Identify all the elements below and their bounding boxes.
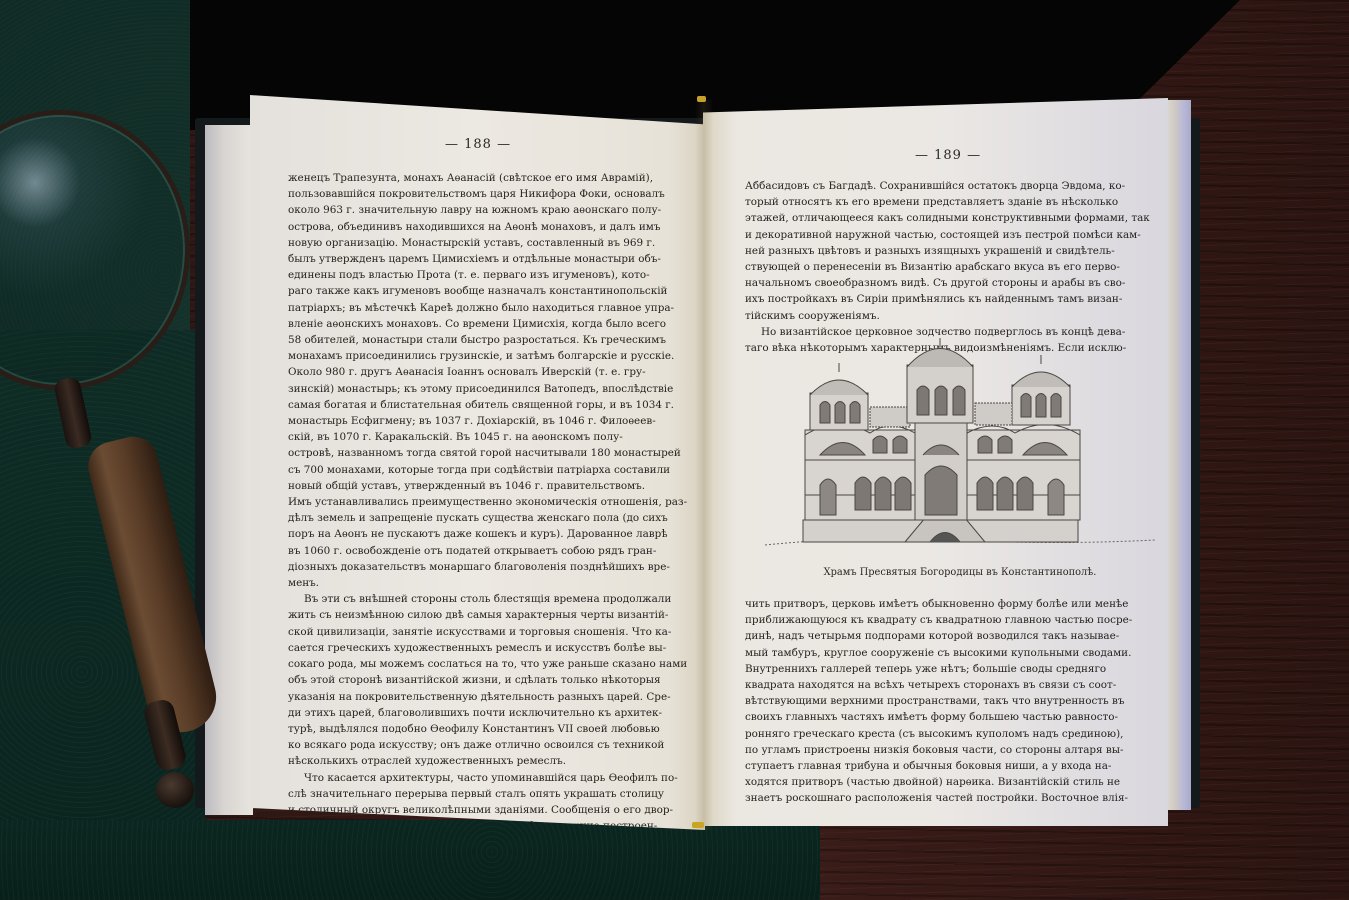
right-page-block-edges <box>1165 100 1191 810</box>
text-line: дѣлъ земель и запрещеніе пускать существ… <box>288 510 688 526</box>
figure-caption: Храмъ Пресвятыя Богородицы въ Константин… <box>770 567 1150 578</box>
text-line: ходятся притворъ (частью двойной) нарѳик… <box>745 774 1150 790</box>
text-line: былъ утвержденъ царемъ Цимисхіемъ и отдѣ… <box>288 251 688 267</box>
text-line: Внутреннихъ галлерей теперь уже нѣтъ; бо… <box>745 661 1150 677</box>
right-page-text-bottom: чить притворъ, церковь имѣетъ обыкновенн… <box>745 596 1150 807</box>
text-line: единены подъ властью Прота (т. е. перваг… <box>288 267 688 283</box>
text-line: Имъ устанавливались преимущественно экон… <box>288 494 688 510</box>
text-line: зинскій) монастырь; къ этому присоединил… <box>288 381 688 397</box>
church-engraving-illustration <box>765 335 1155 555</box>
text-line: динѣ, надъ четырьмя подпорами которой во… <box>745 628 1150 644</box>
text-line: монахамъ присоединились грузинскіе, и за… <box>288 348 688 364</box>
text-line: женецъ Трапезунта, монахъ Аѳанасій (свѣт… <box>288 170 688 186</box>
text-line: острова, объединивъ находившихся на Аѳон… <box>288 219 688 235</box>
text-line: начальномъ своеобразномъ видѣ. Съ другой… <box>745 275 1150 291</box>
text-line: новый общій уставъ, утвержденный въ 1046… <box>288 478 688 494</box>
text-line: вѣтствующими верхними пространствами, та… <box>745 693 1150 709</box>
text-line: по угламъ пристроены низкія боковыя част… <box>745 742 1150 758</box>
text-line: Что касается архитектуры, часто упоминав… <box>288 770 688 786</box>
text-line: указанія на покровительственную дѣятельн… <box>288 689 688 705</box>
text-line: Около 980 г. другъ Аѳанасія Іоаннъ основ… <box>288 364 688 380</box>
text-line: чить притворъ, церковь имѣетъ обыкновенн… <box>745 596 1150 612</box>
text-line: сается греческихъ художественныхъ ремесл… <box>288 640 688 656</box>
text-line: ихъ постройкахъ въ Сиріи примѣнялись къ … <box>745 291 1150 307</box>
text-line: квадрата находятся на всѣхъ четырехъ сто… <box>745 677 1150 693</box>
magnifying-glass-handle-knob <box>156 772 194 808</box>
text-line: діозныхъ доказательствъ монаршаго благов… <box>288 559 688 575</box>
text-line: Аббасидовъ съ Багдадѣ. Сохранившійся ост… <box>745 178 1150 194</box>
text-line: монастырь Есфигмену; въ 1037 г. Дохіарск… <box>288 413 688 429</box>
text-line: турѣ, выдѣлялся подобно Ѳеофилу Констант… <box>288 721 688 737</box>
left-page-text: женецъ Трапезунта, монахъ Аѳанасій (свѣт… <box>288 170 688 883</box>
text-line: ронняго греческаго креста (съ высокимъ к… <box>745 726 1150 742</box>
text-line: островѣ, названномъ тогда святой горой н… <box>288 445 688 461</box>
text-line: жить съ неизмѣнною силою двѣ самыя харак… <box>288 607 688 623</box>
text-line: мый тамбуръ, круглое сооруженіе съ высок… <box>745 645 1150 661</box>
text-line: знаетъ роскошнаго расположенія частей по… <box>745 790 1150 806</box>
text-line: своихъ главныхъ частяхъ имѣетъ форму бол… <box>745 709 1150 725</box>
text-line: ствующей о перенесеніи въ Византію арабс… <box>745 259 1150 275</box>
text-line: менъ. <box>288 575 688 591</box>
text-line: вленіе аѳонскихъ монаховъ. Со времени Ци… <box>288 316 688 332</box>
text-line: съ 700 монахами, которые тогда при содѣй… <box>288 462 688 478</box>
text-line: тійскимъ сооруженіямъ. <box>745 308 1150 324</box>
text-line: скій, въ 1070 г. Каракальскій. Въ 1045 г… <box>288 429 688 445</box>
text-line: ступаетъ главная трибуна и обычныя боков… <box>745 758 1150 774</box>
text-line: нѣсколькихъ отраслей художественныхъ рем… <box>288 753 688 769</box>
text-line: торый относятъ къ его времени представля… <box>745 194 1150 210</box>
headband-top <box>697 96 706 102</box>
green-leather-surface-bottom <box>0 820 820 900</box>
right-page-text-top: Аббасидовъ съ Багдадѣ. Сохранившійся ост… <box>745 178 1150 356</box>
text-line: сокаго рода, мы можемъ сослаться на то, … <box>288 656 688 672</box>
text-line: новую организацію. Монастырскій уставъ, … <box>288 235 688 251</box>
text-line: около 963 г. значительную лавру на южном… <box>288 202 688 218</box>
text-line: объ этой сторонѣ византійской жизни, и с… <box>288 672 688 688</box>
text-line: ской цивилизаціи, занятіе искусствами и … <box>288 624 688 640</box>
left-page: — 188 — женецъ Трапезунта, монахъ Аѳанас… <box>250 95 705 830</box>
text-line: патріархъ; въ мѣстечкѣ Кареѣ должно было… <box>288 300 688 316</box>
text-line: Въ эти съ внѣшней стороны столь блестящі… <box>288 591 688 607</box>
text-line: приближающуюся къ квадрату съ квадратною… <box>745 612 1150 628</box>
text-line: ди этихъ царей, благоволившихъ почти иск… <box>288 705 688 721</box>
text-line: раго также какъ игуменовъ вообще назнача… <box>288 283 688 299</box>
book-gutter <box>695 100 713 830</box>
text-line: пользовавшійся покровительствомъ царя Ни… <box>288 186 688 202</box>
headband-bottom <box>692 822 704 828</box>
text-line: ко всякаго рода искусству; онъ даже отли… <box>288 737 688 753</box>
page-number-left: — 188 — <box>445 137 511 152</box>
text-line: самая богатая и блистательная обитель св… <box>288 397 688 413</box>
page-number-right: — 189 — <box>915 148 981 163</box>
text-line: въ 1060 г. освобожденіе отъ податей откр… <box>288 543 688 559</box>
text-line: и декоративной наружной частью, состояще… <box>745 227 1150 243</box>
text-line: этажей, отличающееся какъ солидными конс… <box>745 210 1150 226</box>
text-line: слѣ значительнаго перерыва первый сталъ … <box>288 786 688 802</box>
text-line: поръ на Аѳонъ не пускаютъ даже кошекъ и … <box>288 526 688 542</box>
text-line: ней разныхъ цвѣтовъ и разныхъ изящныхъ у… <box>745 243 1150 259</box>
text-line: 58 обителей, монастыри стали быстро разр… <box>288 332 688 348</box>
